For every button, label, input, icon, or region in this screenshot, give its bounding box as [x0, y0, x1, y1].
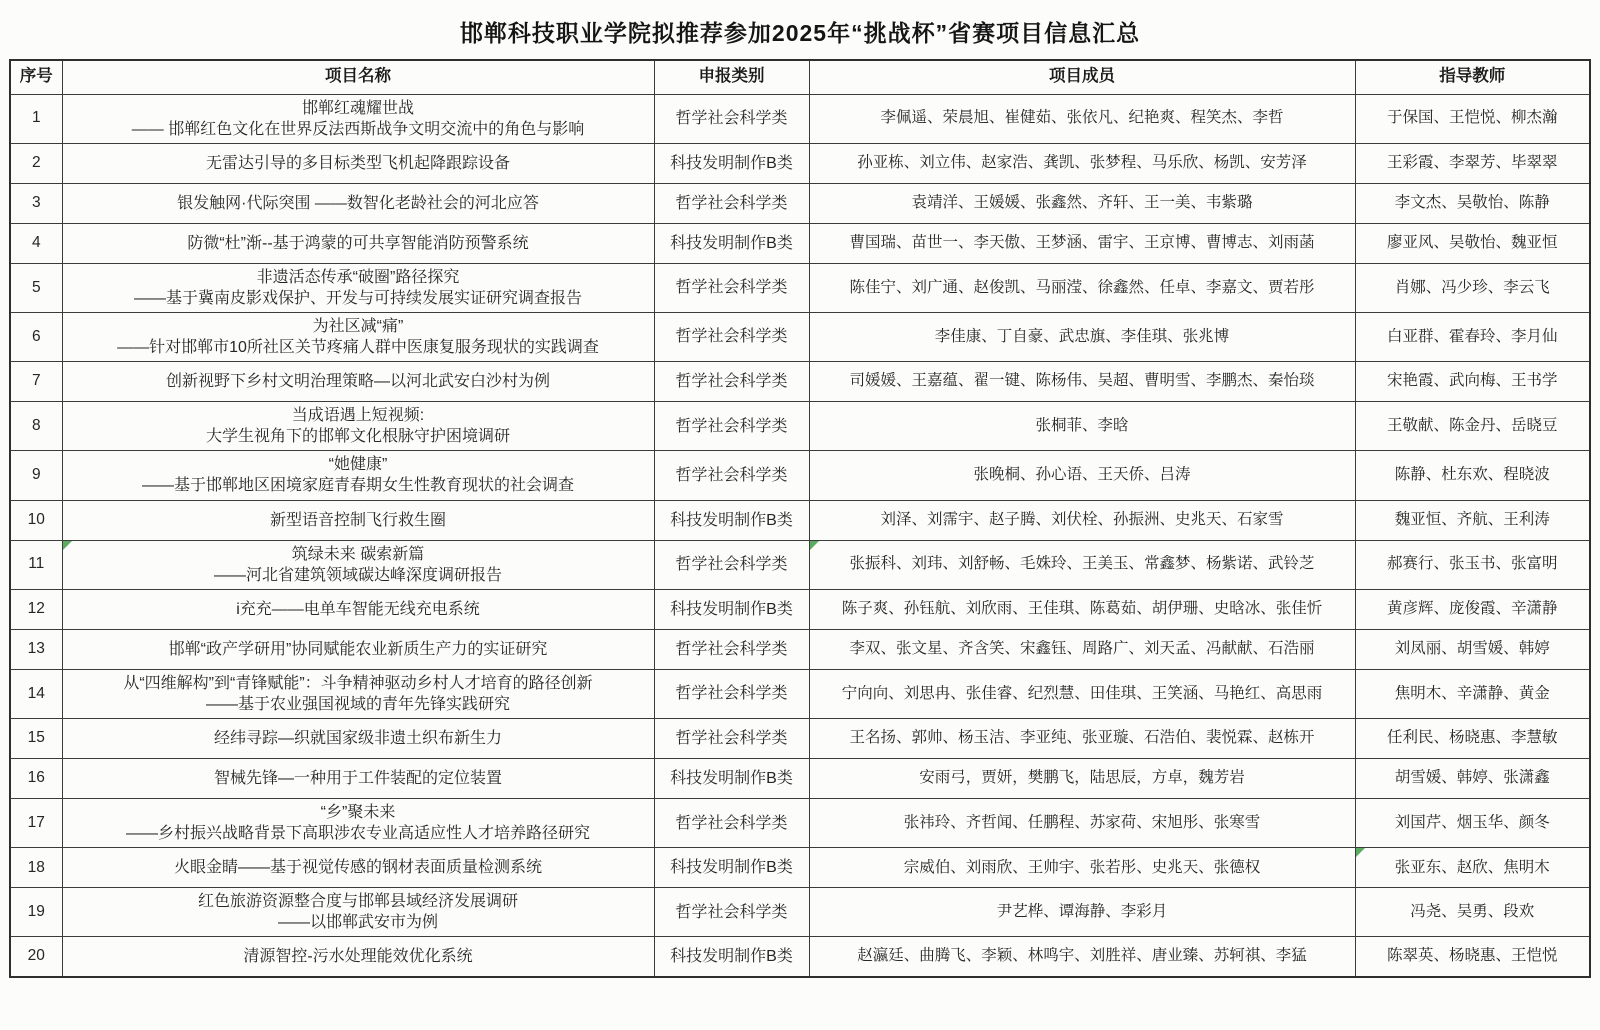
- table-row: 18 火眼金睛——基于视觉传感的钢材表面质量检测系统 科技发明制作B类 宗威伯、…: [10, 848, 1590, 888]
- cell-name: 防微“杜”渐--基于鸿蒙的可共享智能消防预警系统: [62, 223, 654, 263]
- document-page: 邯郸科技职业学院拟推荐参加2025年“挑战杯”省赛项目信息汇总 序号 项目名称 …: [0, 0, 1600, 1030]
- cell-name: 智械先锋—一种用于工件装配的定位装置: [62, 759, 654, 799]
- table-row: 17 “乡”聚未来 ——乡村振兴战略背景下高职涉农专业高适应性人才培养路径研究 …: [10, 799, 1590, 848]
- cell-members: 司媛媛、王嘉蕴、翟一键、陈杨伟、吴超、曹明雪、李鹏杰、秦怡琰: [809, 362, 1355, 402]
- cell-teachers: 李文杰、吴敬怡、陈静: [1355, 183, 1590, 223]
- table-row: 3 银发触网·代际突围 ——数智化老龄社会的河北应答 哲学社会科学类 袁靖洋、王…: [10, 183, 1590, 223]
- header-row: 序号 项目名称 申报类别 项目成员 指导教师: [10, 60, 1590, 94]
- table-body: 1 邯郸红魂耀世战 —— 邯郸红色文化在世界反法西斯战争文明交流中的角色与影响 …: [10, 94, 1590, 977]
- cell-category: 哲学社会科学类: [654, 402, 809, 451]
- table-row: 20 清源智控-污水处理能效优化系统 科技发明制作B类 赵瀛廷、曲腾飞、李颖、林…: [10, 937, 1590, 977]
- cell-no: 19: [10, 888, 62, 937]
- table-row: 5 非遗活态传承“破圈”路径探究 ——基于冀南皮影戏保护、开发与可持续发展实证研…: [10, 263, 1590, 312]
- cell-no: 14: [10, 669, 62, 718]
- cell-no: 5: [10, 263, 62, 312]
- cell-teachers: 魏亚恒、齐航、王利涛: [1355, 500, 1590, 540]
- cell-no: 2: [10, 143, 62, 183]
- header-name: 项目名称: [62, 60, 654, 94]
- table-row: 19 红色旅游资源整合度与邯郸县域经济发展调研 ——以邯郸武安市为例 哲学社会科…: [10, 888, 1590, 937]
- cell-teachers: 陈翠英、杨晓惠、王恺悦: [1355, 937, 1590, 977]
- table-row: 2 无雷达引导的多目标类型飞机起降跟踪设备 科技发明制作B类 孙亚栋、刘立伟、赵…: [10, 143, 1590, 183]
- table-row: 14 从“四维解构”到“青锋赋能”：斗争精神驱动乡村人才培育的路径创新 ——基于…: [10, 669, 1590, 718]
- cell-category: 哲学社会科学类: [654, 183, 809, 223]
- cell-category: 哲学社会科学类: [654, 719, 809, 759]
- cell-name: 当成语遇上短视频: 大学生视角下的邯郸文化根脉守护困境调研: [62, 402, 654, 451]
- cell-name: 为社区减“痛” ——针对邯郸市10所社区关节疼痛人群中医康复服务现状的实践调查: [62, 312, 654, 361]
- cell-category: 科技发明制作B类: [654, 589, 809, 629]
- cell-name: 无雷达引导的多目标类型飞机起降跟踪设备: [62, 143, 654, 183]
- cell-name: 清源智控-污水处理能效优化系统: [62, 937, 654, 977]
- cell-category: 科技发明制作B类: [654, 759, 809, 799]
- cell-no: 6: [10, 312, 62, 361]
- cell-category: 科技发明制作B类: [654, 500, 809, 540]
- cell-no: 15: [10, 719, 62, 759]
- table-row: 9 “她健康” ——基于邯郸地区困境家庭青春期女生性教育现状的社会调查 哲学社会…: [10, 451, 1590, 500]
- table-row: 13 邯郸“政产学研用”协同赋能农业新质生产力的实证研究 哲学社会科学类 李双、…: [10, 629, 1590, 669]
- cell-name: 经纬寻踪—织就国家级非遗土织布新生力: [62, 719, 654, 759]
- cell-name: 银发触网·代际突围 ——数智化老龄社会的河北应答: [62, 183, 654, 223]
- cell-teachers: 张亚东、赵欣、焦明木: [1355, 848, 1590, 888]
- cell-category: 科技发明制作B类: [654, 143, 809, 183]
- cell-name: 新型语音控制飞行救生圈: [62, 500, 654, 540]
- cell-teachers: 于保国、王恺悦、柳杰瀚: [1355, 94, 1590, 143]
- cell-no: 12: [10, 589, 62, 629]
- cell-no: 16: [10, 759, 62, 799]
- cell-members: 尹艺桦、谭海静、李彩月: [809, 888, 1355, 937]
- cell-name: 红色旅游资源整合度与邯郸县域经济发展调研 ——以邯郸武安市为例: [62, 888, 654, 937]
- cell-members: 赵瀛廷、曲腾飞、李颖、林鸣宇、刘胜祥、唐业臻、苏轲祺、李猛: [809, 937, 1355, 977]
- cell-no: 9: [10, 451, 62, 500]
- cell-teachers: 黄彦辉、庞俊霞、辛潇静: [1355, 589, 1590, 629]
- cell-no: 20: [10, 937, 62, 977]
- cell-name: “她健康” ——基于邯郸地区困境家庭青春期女生性教育现状的社会调查: [62, 451, 654, 500]
- header-members: 项目成员: [809, 60, 1355, 94]
- cell-teachers: 焦明木、辛潇静、黄金: [1355, 669, 1590, 718]
- cell-name: 非遗活态传承“破圈”路径探究 ——基于冀南皮影戏保护、开发与可持续发展实证研究调…: [62, 263, 654, 312]
- table-row: 10 新型语音控制飞行救生圈 科技发明制作B类 刘泽、刘霈宇、赵子腾、刘伏栓、孙…: [10, 500, 1590, 540]
- header-category: 申报类别: [654, 60, 809, 94]
- table-row: 12 i充充——电单车智能无线充电系统 科技发明制作B类 陈子爽、孙钰航、刘欣雨…: [10, 589, 1590, 629]
- cell-name: 创新视野下乡村文明治理策略—以河北武安白沙村为例: [62, 362, 654, 402]
- cell-members: 宁向向、刘思冉、张佳睿、纪烈慧、田佳琪、王笑涵、马艳红、高思雨: [809, 669, 1355, 718]
- projects-table: 序号 项目名称 申报类别 项目成员 指导教师 1 邯郸红魂耀世战 —— 邯郸红色…: [9, 59, 1591, 978]
- cell-category: 科技发明制作B类: [654, 937, 809, 977]
- cell-no: 7: [10, 362, 62, 402]
- cell-no: 13: [10, 629, 62, 669]
- table-row: 6 为社区减“痛” ——针对邯郸市10所社区关节疼痛人群中医康复服务现状的实践调…: [10, 312, 1590, 361]
- cell-teachers: 刘国芹、烟玉华、颜冬: [1355, 799, 1590, 848]
- cell-name: 火眼金睛——基于视觉传感的钢材表面质量检测系统: [62, 848, 654, 888]
- cell-teachers: 肖娜、冯少珍、李云飞: [1355, 263, 1590, 312]
- cell-members: 李双、张文星、齐含笑、宋鑫钰、周路广、刘天孟、冯献献、石浩丽: [809, 629, 1355, 669]
- cell-category: 哲学社会科学类: [654, 669, 809, 718]
- cell-teachers: 王彩霞、李翠芳、毕翠翠: [1355, 143, 1590, 183]
- table-row: 1 邯郸红魂耀世战 —— 邯郸红色文化在世界反法西斯战争文明交流中的角色与影响 …: [10, 94, 1590, 143]
- table-header: 序号 项目名称 申报类别 项目成员 指导教师: [10, 60, 1590, 94]
- page-title: 邯郸科技职业学院拟推荐参加2025年“挑战杯”省赛项目信息汇总: [0, 0, 1600, 59]
- cell-category: 哲学社会科学类: [654, 629, 809, 669]
- cell-no: 8: [10, 402, 62, 451]
- cell-category: 哲学社会科学类: [654, 94, 809, 143]
- cell-no: 11: [10, 540, 62, 589]
- cell-members: 宗威伯、刘雨欣、王帅宇、张若彤、史兆天、张德权: [809, 848, 1355, 888]
- cell-members: 张振科、刘玮、刘舒畅、毛姝玲、王美玉、常鑫梦、杨紫诺、武铃芝: [809, 540, 1355, 589]
- cell-teachers: 郝赛行、张玉书、张富明: [1355, 540, 1590, 589]
- cell-name: “乡”聚未来 ——乡村振兴战略背景下高职涉农专业高适应性人才培养路径研究: [62, 799, 654, 848]
- cell-no: 10: [10, 500, 62, 540]
- cell-teachers: 宋艳霞、武向梅、王书学: [1355, 362, 1590, 402]
- cell-name: 邯郸红魂耀世战 —— 邯郸红色文化在世界反法西斯战争文明交流中的角色与影响: [62, 94, 654, 143]
- cell-no: 4: [10, 223, 62, 263]
- cell-category: 哲学社会科学类: [654, 540, 809, 589]
- cell-teachers: 王敬献、陈金丹、岳晓豆: [1355, 402, 1590, 451]
- cell-name: i充充——电单车智能无线充电系统: [62, 589, 654, 629]
- table-row: 11 筑绿未来 碳索新篇 ——河北省建筑领域碳达峰深度调研报告 哲学社会科学类 …: [10, 540, 1590, 589]
- cell-category: 哲学社会科学类: [654, 362, 809, 402]
- cell-members: 陈子爽、孙钰航、刘欣雨、王佳琪、陈葛茹、胡伊珊、史晗冰、张佳忻: [809, 589, 1355, 629]
- header-no: 序号: [10, 60, 62, 94]
- cell-category: 哲学社会科学类: [654, 888, 809, 937]
- cell-category: 哲学社会科学类: [654, 263, 809, 312]
- cell-members: 刘泽、刘霈宇、赵子腾、刘伏栓、孙振洲、史兆天、石家雪: [809, 500, 1355, 540]
- table-row: 15 经纬寻踪—织就国家级非遗土织布新生力 哲学社会科学类 王名扬、郭帅、杨玉洁…: [10, 719, 1590, 759]
- cell-category: 哲学社会科学类: [654, 312, 809, 361]
- cell-no: 18: [10, 848, 62, 888]
- cell-members: 李佩遥、荣晨旭、崔健茹、张依凡、纪艳爽、程笑杰、李哲: [809, 94, 1355, 143]
- cell-members: 李佳康、丁自豪、武忠旗、李佳琪、张兆博: [809, 312, 1355, 361]
- cell-teachers: 刘凤丽、胡雪媛、韩婷: [1355, 629, 1590, 669]
- cell-members: 孙亚栋、刘立伟、赵家浩、龚凯、张梦程、马乐欣、杨凯、安芳泽: [809, 143, 1355, 183]
- table-row: 4 防微“杜”渐--基于鸿蒙的可共享智能消防预警系统 科技发明制作B类 曹国瑞、…: [10, 223, 1590, 263]
- cell-no: 17: [10, 799, 62, 848]
- cell-members: 张晚桐、孙心语、王天侨、吕涛: [809, 451, 1355, 500]
- cell-members: 张桐菲、李晗: [809, 402, 1355, 451]
- cell-members: 王名扬、郭帅、杨玉洁、李亚纯、张亚璇、石浩伯、裴悦霖、赵栋开: [809, 719, 1355, 759]
- cell-teachers: 白亚群、霍春玲、李月仙: [1355, 312, 1590, 361]
- cell-members: 曹国瑞、苗世一、李天傲、王梦涵、雷宇、王京博、曹博志、刘雨菡: [809, 223, 1355, 263]
- cell-no: 3: [10, 183, 62, 223]
- table-row: 8 当成语遇上短视频: 大学生视角下的邯郸文化根脉守护困境调研 哲学社会科学类 …: [10, 402, 1590, 451]
- cell-teachers: 任利民、杨晓惠、李慧敏: [1355, 719, 1590, 759]
- header-teachers: 指导教师: [1355, 60, 1590, 94]
- cell-teachers: 廖亚风、吴敬怡、魏亚恒: [1355, 223, 1590, 263]
- table-row: 7 创新视野下乡村文明治理策略—以河北武安白沙村为例 哲学社会科学类 司媛媛、王…: [10, 362, 1590, 402]
- cell-members: 安雨弓，贾妍，樊鹏飞，陆思辰，方卓，魏芳岩: [809, 759, 1355, 799]
- cell-category: 科技发明制作B类: [654, 848, 809, 888]
- cell-teachers: 冯尧、吴勇、段欢: [1355, 888, 1590, 937]
- cell-category: 哲学社会科学类: [654, 451, 809, 500]
- cell-category: 科技发明制作B类: [654, 223, 809, 263]
- cell-name: 邯郸“政产学研用”协同赋能农业新质生产力的实证研究: [62, 629, 654, 669]
- cell-members: 陈佳宁、刘广通、赵俊凯、马丽滢、徐鑫然、任卓、李嘉文、贾若彤: [809, 263, 1355, 312]
- cell-teachers: 陈静、杜东欢、程晓波: [1355, 451, 1590, 500]
- table-row: 16 智械先锋—一种用于工件装配的定位装置 科技发明制作B类 安雨弓，贾妍，樊鹏…: [10, 759, 1590, 799]
- cell-members: 袁靖洋、王媛媛、张鑫然、齐轩、王一美、韦紫璐: [809, 183, 1355, 223]
- cell-category: 哲学社会科学类: [654, 799, 809, 848]
- cell-name: 从“四维解构”到“青锋赋能”：斗争精神驱动乡村人才培育的路径创新 ——基于农业强…: [62, 669, 654, 718]
- cell-teachers: 胡雪媛、韩婷、张潇鑫: [1355, 759, 1590, 799]
- cell-members: 张祎玲、齐哲闻、任鹏程、苏家荷、宋旭彤、张寒雪: [809, 799, 1355, 848]
- cell-name: 筑绿未来 碳索新篇 ——河北省建筑领域碳达峰深度调研报告: [62, 540, 654, 589]
- cell-no: 1: [10, 94, 62, 143]
